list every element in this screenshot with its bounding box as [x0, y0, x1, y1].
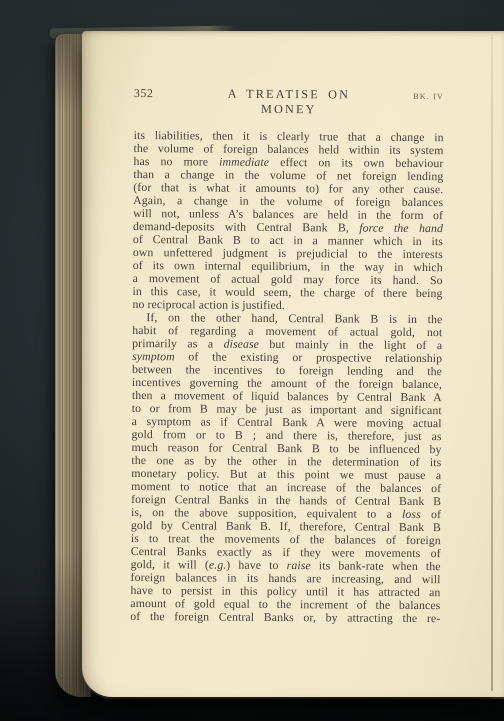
paragraph: If, on the other hand, Central Bank B is… — [130, 311, 442, 625]
book-section-marker: BK. IV — [380, 92, 444, 101]
body-text: its liabilities, then it is clearly true… — [130, 129, 443, 625]
page-number: 352 — [134, 86, 198, 101]
book-page: 352 A TREATISE ON MONEY BK. IV its liabi… — [82, 31, 504, 697]
book: 352 A TREATISE ON MONEY BK. IV its liabi… — [55, 31, 504, 697]
page-content: 352 A TREATISE ON MONEY BK. IV its liabi… — [130, 86, 444, 625]
photo-background: 352 A TREATISE ON MONEY BK. IV its liabi… — [0, 0, 504, 721]
paragraph: its liabilities, then it is clearly true… — [132, 129, 443, 313]
text-line: of the foreign Central Banks or, by attr… — [130, 610, 440, 625]
running-head: 352 A TREATISE ON MONEY BK. IV — [134, 86, 444, 118]
running-title: A TREATISE ON MONEY — [198, 86, 380, 117]
